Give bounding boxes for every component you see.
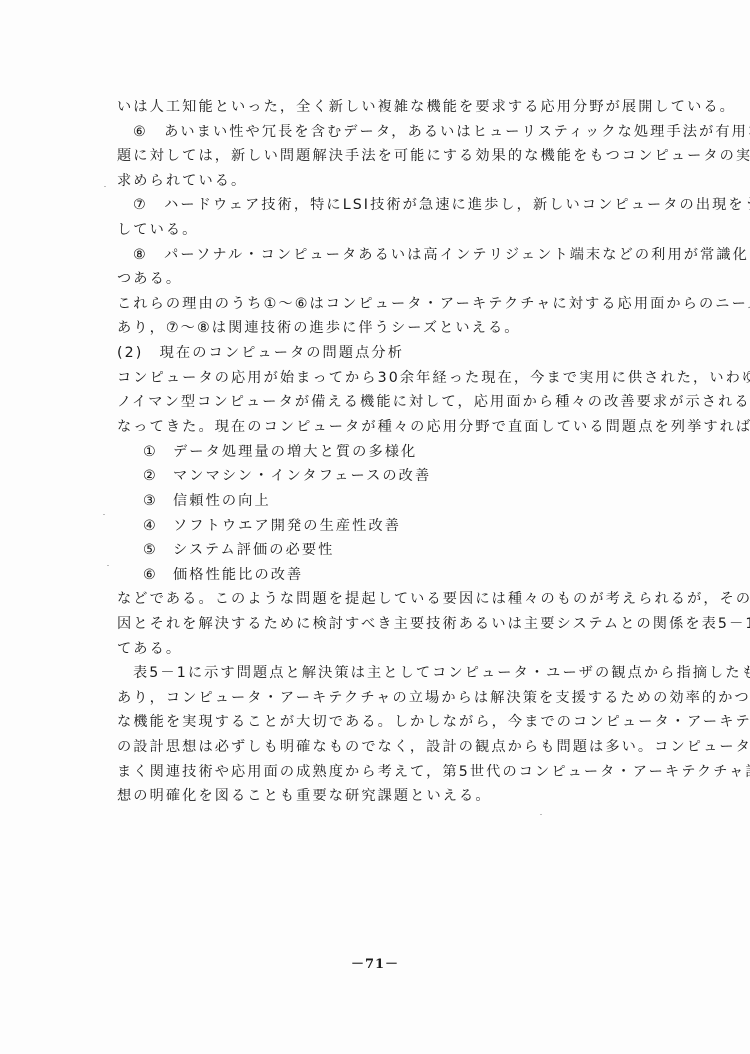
scan-speck — [608, 297, 610, 298]
body-text-line: あり，コンピュータ・アーキテクチャの立場からは解決策を支援するための効率的かつ基… — [117, 689, 750, 707]
body-text-line: なってきた。現在のコンピュータが種々の応用分野で直面している問題点を列挙すれば， — [117, 418, 750, 436]
section-heading: (2) 現在のコンピュータの問題点分析 — [117, 344, 404, 362]
body-text-line: 求められている。 — [117, 172, 247, 190]
body-text-line: などである。このような問題を提起している要因には種々のものが考えられるが，その主… — [117, 590, 750, 608]
body-text-line: これらの理由のうち①～⑥はコンピュータ・アーキテクチャに対する応用面からのニーズ… — [117, 295, 750, 313]
scan-speck — [104, 186, 106, 187]
numbered-reason-6: ⑥ あいまい性や冗長を含むデータ，あるいはヒューリスティックな処理手法が有用な問 — [133, 123, 750, 141]
body-text-line: 因とそれを解決するために検討すべき主要技術あるいは主要システムとの関係を表5－1… — [117, 615, 750, 633]
body-text-line: つある。 — [117, 270, 182, 288]
problem-list-item: ①データ処理量の増大と質の多様化 — [143, 443, 417, 461]
scan-speck — [540, 814, 542, 815]
problem-list-item: ⑥価格性能比の改善 — [143, 566, 303, 584]
scan-speck — [107, 565, 109, 566]
problem-list-item: ②マンマシン・インタフェースの改善 — [143, 467, 431, 485]
list-text: マンマシン・インタフェースの改善 — [173, 468, 431, 484]
scan-speck — [103, 514, 105, 515]
list-number: ⑤ — [143, 541, 173, 559]
list-text: ソフトウエア開発の生産性改善 — [173, 518, 401, 534]
body-text-line: している。 — [117, 221, 198, 239]
list-number: ⑥ — [143, 566, 173, 584]
problem-list-item: ⑤システム評価の必要性 — [143, 541, 334, 559]
list-number: ② — [143, 467, 173, 485]
body-text-line: まく関連技術や応用面の成熟度から考えて，第5世代のコンピュータ・アーキテクチャ設… — [117, 763, 750, 781]
numbered-reason-8: ⑧ パーソナル・コンピュータあるいは高インテリジェント端末などの利用が常識化しつ — [133, 246, 750, 264]
list-text: データ処理量の増大と質の多様化 — [173, 444, 417, 460]
list-text: システム評価の必要性 — [173, 542, 334, 558]
body-text-line: 題に対しては，新しい問題解決手法を可能にする効果的な機能をもつコンピュータの実現… — [117, 147, 750, 165]
problem-list-item: ④ソフトウエア開発の生産性改善 — [143, 517, 401, 535]
body-text-line: 想の明確化を図ることも重要な研究課題といえる。 — [117, 787, 492, 805]
list-text: 価格性能比の改善 — [173, 567, 303, 583]
list-number: ④ — [143, 517, 173, 535]
body-text-line: の設計思想は必ずしも明確なものでなく，設計の観点からも問題は多い。コンピュータを… — [117, 738, 750, 756]
document-page: いは人工知能といった，全く新しい複雑な機能を要求する応用分野が展開している。 ⑥… — [0, 0, 750, 1054]
list-text: 信頼性の向上 — [173, 493, 271, 509]
page-number: －71－ — [0, 953, 750, 972]
body-text-line: 表5－1に示す問題点と解決策は主としてコンピュータ・ユーザの観点から指摘したもの… — [133, 664, 750, 682]
problem-list-item: ③信頼性の向上 — [143, 492, 271, 510]
body-text-line: いは人工知能といった，全く新しい複雑な機能を要求する応用分野が展開している。 — [117, 98, 736, 116]
body-text-line: コンピュータの応用が始まってから30余年経った現在，今まで実用に供された，いわゆ… — [117, 369, 750, 387]
body-text-line: な機能を実現することが大切である。しかしながら，今までのコンピュータ・アーキテク… — [117, 713, 750, 731]
list-number: ③ — [143, 492, 173, 510]
body-text-line: あり，⑦～⑧は関連技術の進歩に伴うシーズといえる。 — [117, 319, 521, 337]
numbered-reason-7: ⑦ ハードウェア技術，特にLSI技術が急速に進歩し，新しいコンピュータの出現をう… — [133, 196, 750, 214]
list-number: ① — [143, 443, 173, 461]
body-text-line: てある。 — [117, 640, 182, 658]
body-text-line: ノイマン型コンピュータが備える機能に対して，応用面から種々の改善要求が示されるよ… — [117, 393, 750, 411]
